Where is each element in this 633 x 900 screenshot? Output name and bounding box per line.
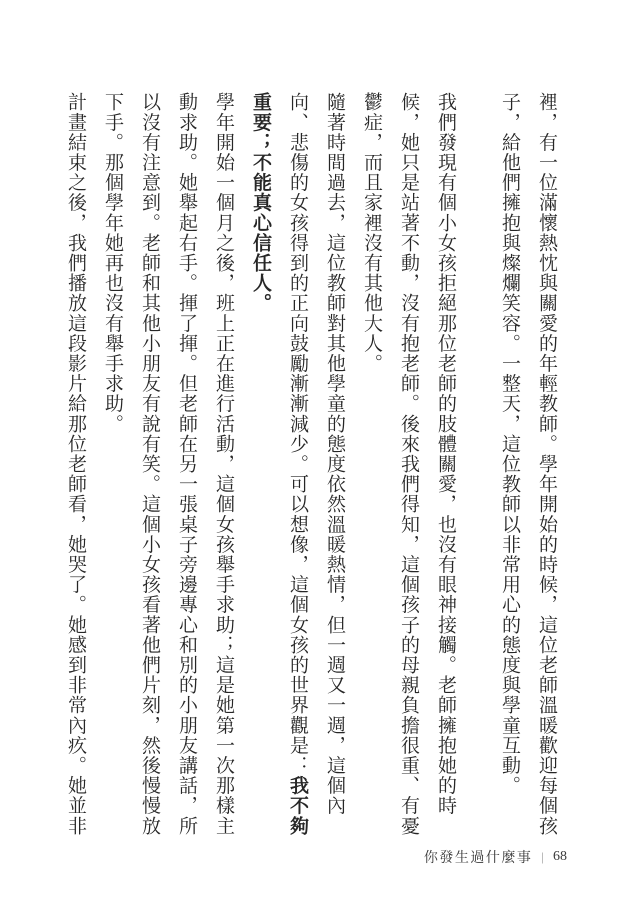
- paragraph-1-text: 裡，有一位滿懷熱忱與關愛的年輕教師。學年開始的時候，這位老師溫暖歡迎每個孩子，給…: [499, 92, 557, 836]
- running-title: 你發生過什麼事: [424, 847, 533, 867]
- paragraph-5-text: 計畫結束之後，我們播放這段影片給那位老師看，她哭了。她感到非常內疚。她並非: [65, 92, 86, 836]
- paragraph-4: 學年開始一個月之後，班上正在進行活動，這個女孩舉手求助；這是她第一次那樣主動求助…: [94, 92, 242, 839]
- page-footer: 你發生過什麼事 | 68: [424, 847, 567, 867]
- page-number: 68: [553, 849, 567, 865]
- vertical-text-area: 裡，有一位滿懷熱忱與關愛的年輕教師。學年開始的時候，這位老師溫暖歡迎每個孩子，給…: [57, 92, 565, 839]
- paragraph-3: 隨著時間過去，這位教師對其他學童的態度依然溫暖熱情，但一週又一週，這個內向、悲傷…: [242, 92, 353, 839]
- book-page: 裡，有一位滿懷熱忱與關愛的年輕教師。學年開始的時候，這位老師溫暖歡迎每個孩子，給…: [0, 0, 633, 900]
- paragraph-3-text: 隨著時間過去，這位教師對其他學童的態度依然溫暖熱情，但一週又一週，這個內向、悲傷…: [287, 92, 345, 816]
- paragraph-5: 計畫結束之後，我們播放這段影片給那位老師看，她哭了。她感到非常內疚。她並非: [57, 92, 94, 839]
- footer-separator: |: [541, 849, 544, 865]
- paragraph-4-text: 學年開始一個月之後，班上正在進行活動，這個女孩舉手求助；這是她第一次那樣主動求助…: [102, 92, 234, 836]
- paragraph-2-text: 我們發現有個小女孩拒絕那位老師的肢體關愛，也沒有眼神接觸。老師擁抱她的時候，她只…: [361, 92, 456, 836]
- paragraph-2: 我們發現有個小女孩拒絕那位老師的肢體關愛，也沒有眼神接觸。老師擁抱她的時候，她只…: [353, 92, 464, 839]
- paragraph-1: 裡，有一位滿懷熱忱與關愛的年輕教師。學年開始的時候，這位老師溫暖歡迎每個孩子，給…: [491, 92, 565, 839]
